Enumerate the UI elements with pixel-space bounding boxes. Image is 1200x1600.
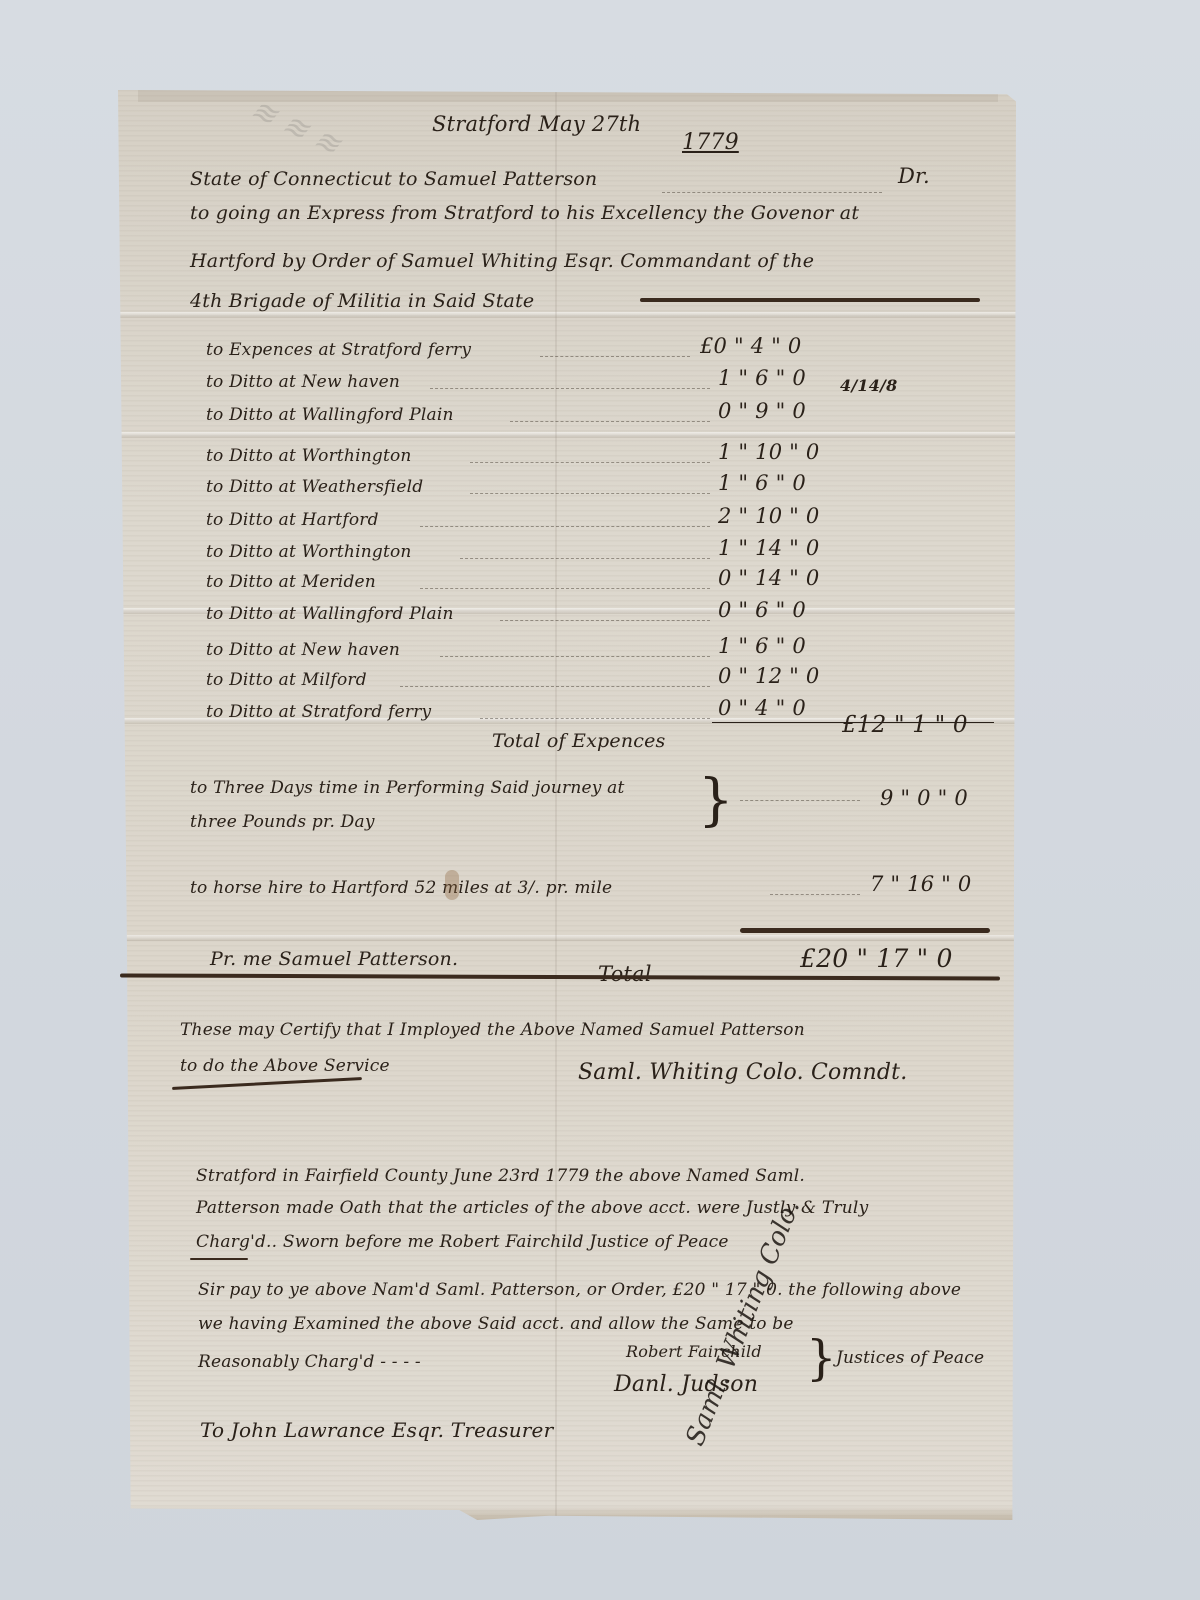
expense-item-label: to Ditto at Weathersfield — [206, 477, 423, 497]
whiting-signature: Saml. Whiting Colo. Comndt. — [578, 1060, 907, 1085]
ink-stain — [445, 870, 459, 900]
horse-item-amount: 7 " 16 " 0 — [870, 872, 971, 896]
expense-item-amount: £0 " 4 " 0 — [700, 334, 801, 358]
expense-item-amount: 0 " 4 " 0 — [718, 696, 806, 720]
paper-bottom-stain — [118, 1506, 1016, 1520]
expense-item-label: to Ditto at New haven — [206, 372, 400, 392]
pay-order-line: Sir pay to ye above Nam'd Saml. Patterso… — [198, 1280, 961, 1300]
place-date: Stratford May 27th — [432, 112, 641, 136]
oath-line: Charg'd.. Sworn before me Robert Fairchi… — [196, 1232, 729, 1252]
expense-item-label: to Ditto at Meriden — [206, 572, 376, 592]
expense-item-amount: 0 " 6 " 0 — [718, 598, 806, 622]
expense-item-amount: 1 " 6 " 0 — [718, 634, 806, 658]
expense-item-amount: 0 " 14 " 0 — [718, 566, 819, 590]
certification-line: to do the Above Service — [180, 1056, 390, 1076]
expense-item-amount: 1 " 10 " 0 — [718, 440, 819, 464]
total-amount: £20 " 17 " 0 — [800, 944, 953, 973]
brace: } — [698, 768, 734, 833]
leader-rule — [400, 686, 710, 687]
brace: } — [806, 1330, 837, 1386]
leader-rule — [420, 588, 710, 589]
time-item-line: three Pounds pr. Day — [190, 812, 375, 832]
expense-item-label: to Ditto at New haven — [206, 640, 400, 660]
oath-line: Stratford in Fairfield County June 23rd … — [196, 1166, 805, 1186]
leader-rule — [460, 558, 710, 559]
time-item-amount: 9 " 0 " 0 — [880, 786, 968, 810]
expense-item-amount: 0 " 12 " 0 — [718, 664, 819, 688]
expense-item-label: to Ditto at Hartford — [206, 510, 379, 530]
subtotal-amount: £12 " 1 " 0 — [842, 712, 968, 738]
expense-item-label: to Ditto at Wallingford Plain — [206, 604, 454, 624]
paper-vertical-fold — [555, 90, 557, 1520]
leader-rule — [770, 894, 860, 895]
horse-item-label: to horse hire to Hartford 52 miles at 3/… — [190, 878, 612, 898]
total-label: Total — [598, 962, 652, 986]
pay-order-line: we having Examined the above Said acct. … — [198, 1314, 794, 1334]
subtotal-label: Total of Expences — [492, 730, 666, 752]
addressee: To John Lawrance Esqr. Treasurer — [200, 1418, 553, 1442]
expense-item-label: to Ditto at Milford — [206, 670, 367, 690]
expense-item-amount: 2 " 10 " 0 — [718, 504, 819, 528]
leader-rule — [470, 493, 710, 494]
description-line: to going an Express from Stratford to hi… — [190, 202, 859, 224]
expense-item-label: to Ditto at Worthington — [206, 542, 412, 562]
leader-rule — [430, 388, 710, 389]
debtor-mark: Dr. — [898, 164, 930, 188]
flourish-rule — [190, 1258, 248, 1260]
faint-watermark: ≋ ≋ ≋ — [245, 92, 345, 164]
leader-rule — [510, 421, 710, 422]
expense-item-amount: 1 " 6 " 0 — [718, 366, 806, 390]
expense-item-amount: 0 " 9 " 0 — [718, 399, 806, 423]
description-line: 4th Brigade of Militia in Said State — [190, 290, 534, 312]
certification-line: These may Certify that I Imployed the Ab… — [180, 1020, 805, 1040]
leader-rule — [420, 526, 710, 527]
description-line: Hartford by Order of Samuel Whiting Esqr… — [190, 250, 814, 272]
leader-rule — [470, 462, 710, 463]
leader-rule — [440, 656, 710, 657]
expense-item-label: to Ditto at Wallingford Plain — [206, 405, 454, 425]
heading-title: State of Connecticut to Samuel Patterson — [190, 168, 597, 190]
leader-rule — [540, 356, 690, 357]
leader-rule — [500, 620, 710, 621]
leader-rule — [480, 718, 710, 719]
margin-note: 4/14/8 — [840, 376, 897, 395]
pay-order-line: Reasonably Charg'd - - - - — [198, 1352, 421, 1372]
paper-fold — [118, 312, 1016, 318]
year: 1779 — [682, 130, 739, 155]
expense-item-label: to Ditto at Stratford ferry — [206, 702, 431, 722]
paper-fold — [118, 935, 1016, 941]
expense-item-amount: 1 " 14 " 0 — [718, 536, 819, 560]
expense-item-amount: 1 " 6 " 0 — [718, 471, 806, 495]
heavy-ink-rule — [740, 928, 990, 933]
heavy-ink-rule — [640, 298, 980, 302]
justices-title: Justices of Peace — [836, 1348, 984, 1368]
leader-rule — [740, 800, 860, 801]
receipt-signature: Pr. me Samuel Patterson. — [210, 948, 458, 970]
heading-rule — [662, 192, 882, 193]
expense-item-label: to Ditto at Worthington — [206, 446, 412, 466]
paper-fold — [118, 432, 1016, 438]
oath-line: Patterson made Oath that the articles of… — [196, 1198, 868, 1218]
time-item-line: to Three Days time in Performing Said jo… — [190, 778, 625, 798]
expense-item-label: to Expences at Stratford ferry — [206, 340, 471, 360]
